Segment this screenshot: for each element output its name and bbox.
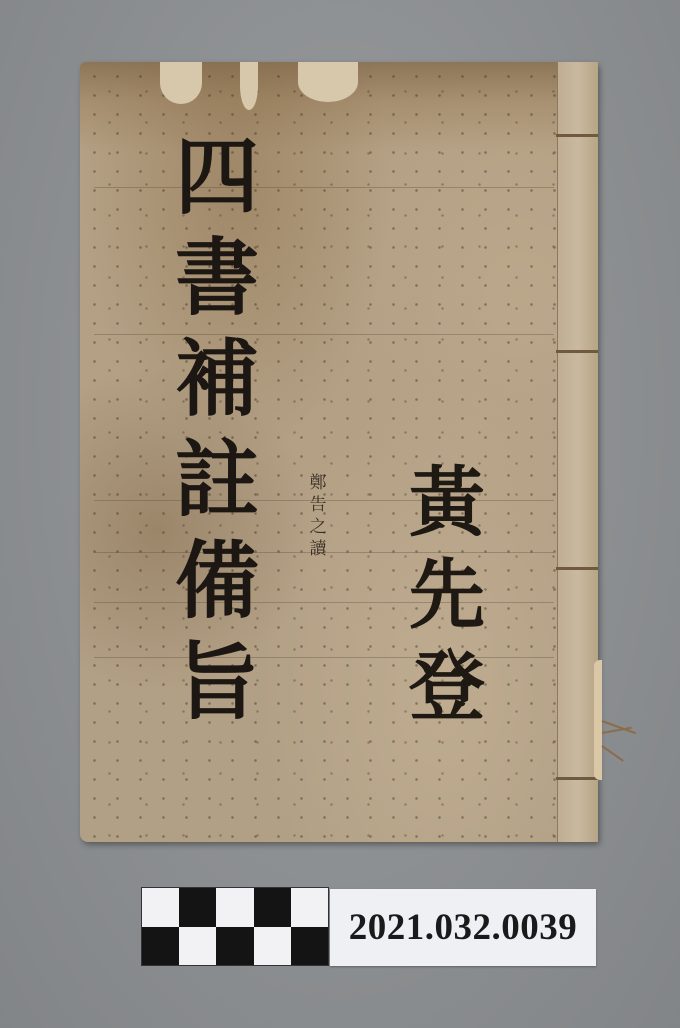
owner-char: 登 bbox=[409, 641, 485, 733]
scale-square-white bbox=[179, 927, 216, 966]
scale-square-white bbox=[291, 888, 328, 927]
book-cover: 四 書 補 註 備 旨 鄭 告 之 讀 黃 先 登 bbox=[80, 62, 598, 842]
note-char: 鄭 bbox=[310, 472, 327, 494]
title-char: 備 bbox=[175, 530, 259, 631]
paper-tear bbox=[240, 62, 258, 110]
title-char: 補 bbox=[175, 328, 259, 429]
scale-square-black bbox=[142, 927, 179, 966]
scale-square-white bbox=[142, 888, 179, 927]
binding-stitch bbox=[556, 134, 598, 137]
binding-stitch bbox=[556, 567, 598, 570]
scale-square-black bbox=[254, 888, 291, 927]
book-spine bbox=[557, 62, 598, 842]
loose-binding-threads bbox=[594, 660, 642, 780]
catalog-number: 2021.032.0039 bbox=[349, 906, 578, 949]
note-char: 告 bbox=[310, 494, 327, 516]
title-char: 四 bbox=[175, 126, 259, 227]
title-char: 書 bbox=[175, 227, 259, 328]
scale-square-white bbox=[254, 927, 291, 966]
note-char: 讀 bbox=[310, 538, 327, 560]
foxing-spots bbox=[80, 62, 598, 842]
title-char: 旨 bbox=[175, 631, 259, 732]
thread bbox=[601, 745, 623, 762]
binding-stitch bbox=[556, 777, 598, 780]
color-scale-bar bbox=[141, 887, 329, 966]
owner-char: 先 bbox=[409, 549, 485, 641]
scale-square-black bbox=[179, 888, 216, 927]
scale-square-black bbox=[216, 927, 253, 966]
paper-tear bbox=[160, 62, 202, 104]
scale-square-black bbox=[291, 927, 328, 966]
owner-name: 黃 先 登 bbox=[402, 457, 492, 733]
side-note: 鄭 告 之 讀 bbox=[306, 472, 330, 560]
binding-stitch bbox=[556, 350, 598, 353]
owner-char: 黃 bbox=[409, 457, 485, 549]
paper-tear bbox=[298, 62, 358, 102]
scale-square-white bbox=[216, 888, 253, 927]
book-title: 四 書 補 註 備 旨 bbox=[162, 126, 272, 732]
note-char: 之 bbox=[310, 516, 327, 538]
title-char: 註 bbox=[175, 429, 259, 530]
catalog-label: 2021.032.0039 bbox=[330, 889, 596, 966]
